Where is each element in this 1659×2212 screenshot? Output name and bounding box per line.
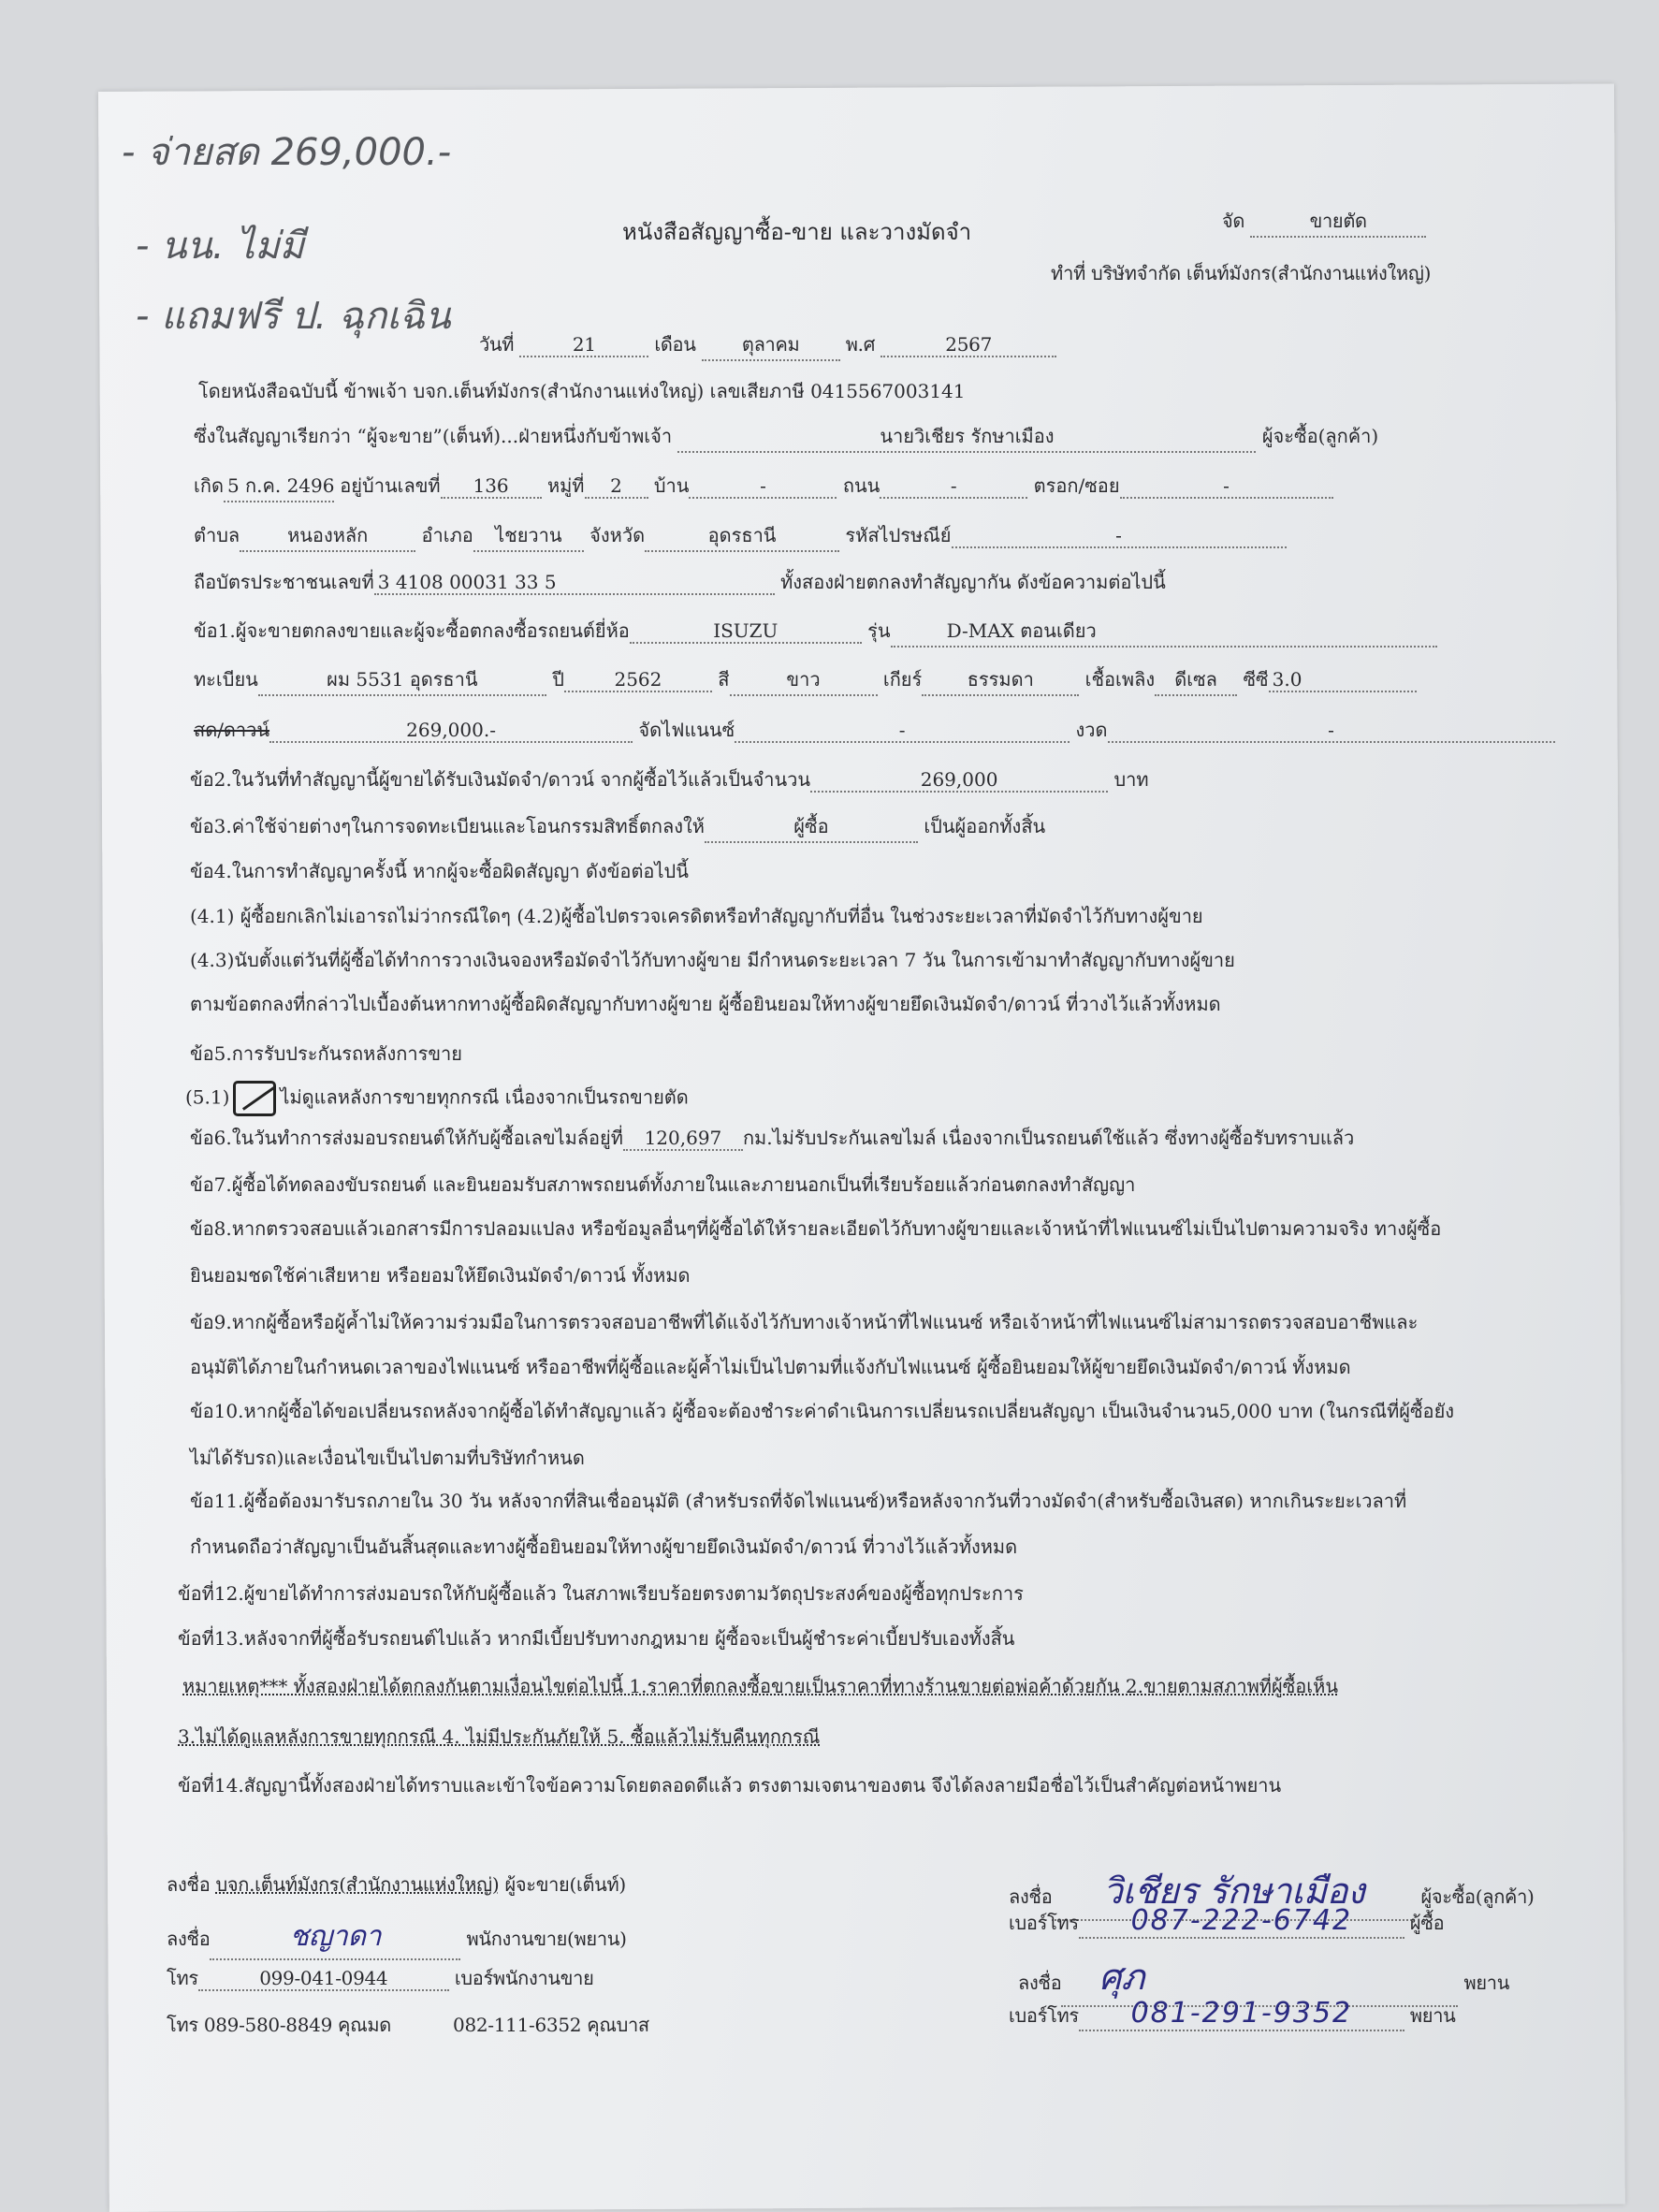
id-label: ถือบัตรประชาชนเลขที่ xyxy=(194,571,374,593)
fuel-label: เชื้อเพลิง xyxy=(1085,668,1155,691)
buyer-phone-value: 087-222-6742 xyxy=(1079,1904,1404,1939)
id-card-line: ถือบัตรประชาชนเลขที่3 4108 00031 33 5 ทั… xyxy=(194,567,1166,597)
staff-sign-label: ลงชื่อ xyxy=(167,1928,210,1950)
finance-label: จัดไฟแนนซ์ xyxy=(638,719,735,741)
clause-5: ข้อ5.การรับประกันรถหลังการขาย xyxy=(190,1039,462,1069)
document-title: หนังสือสัญญาซื้อ-ขาย และวางมัดจำ xyxy=(622,213,971,250)
staff-phone-value: 099-041-0944 xyxy=(198,1967,449,1991)
deposit-amount: 269,000 xyxy=(810,768,1108,793)
clause-2: ข้อ2.ในวันที่ทำสัญญานี้ผู้ขายได้รับเงินม… xyxy=(190,764,1149,794)
fee-payer: ผู้ซื้อ xyxy=(705,811,918,843)
model-label: รุ่น xyxy=(867,619,890,642)
road-label: ถนน xyxy=(843,474,880,497)
clause-13: ข้อที่13.หลังจากที่ผู้ซื้อรับรถยนต์ไปแล้… xyxy=(178,1623,1014,1653)
sale-type-value: ขายตัด xyxy=(1250,206,1426,238)
clause-6-suffix: กม.ไม่รับประกันเลขไมล์ เนื่องจากเป็นรถยน… xyxy=(743,1127,1354,1149)
staff-phone-line: โทร099-041-0944 เบอร์พนักงานขาย xyxy=(167,1963,593,1993)
month-label: เดือน xyxy=(654,333,695,356)
clause-14: ข้อที่14.สัญญานี้ทั้งสองฝ่ายได้ทราบและเข… xyxy=(178,1770,1281,1800)
clause-8: ข้อ8.หากตรวจสอบแล้วเอกสารมีการปลอมแปลง ห… xyxy=(190,1214,1441,1244)
postcode-label: รหัสไปรษณีย์ xyxy=(845,524,951,546)
clause-10-cont: ไม่ได้รับรถ)และเงื่อนไขเป็นไปตามที่บริษั… xyxy=(190,1443,585,1473)
contract-date: วันที่ 21 เดือน ตุลาคม พ.ศ 2567 xyxy=(479,329,1056,361)
clause-9: ข้อ9.หากผู้ซื้อหรือผู้ค้ำไม่ให้ความร่วมม… xyxy=(190,1307,1418,1337)
clause-3: ข้อ3.ค่าใช้จ่ายต่างๆในการจดทะเบียนและโอน… xyxy=(190,811,1045,843)
clause-6-text: ข้อ6.ในวันทำการส่งมอบรถยนต์ให้กับผู้ซื้อ… xyxy=(190,1127,623,1149)
postcode-value: - xyxy=(952,524,1287,548)
clause-12: ข้อที่12.ผู้ขายได้ทำการส่งมอบรถให้กับผู้… xyxy=(178,1579,1024,1608)
clause-3-text: ข้อ3.ค่าใช้จ่ายต่างๆในการจดทะเบียนและโอน… xyxy=(190,815,705,837)
year-label: พ.ศ xyxy=(846,333,875,356)
buyer-phone-label: เบอร์โทร xyxy=(1009,1912,1079,1934)
remark-line-2: 3.ไม่ได้ดูแลหลังการขายทุกกรณี 4. ไม่มีปร… xyxy=(178,1722,820,1752)
month-value: ตุลาคม xyxy=(702,329,840,361)
buyer-role: ผู้จะซื้อ(ลูกค้า) xyxy=(1262,425,1378,447)
no-warranty-checkbox[interactable] xyxy=(233,1081,276,1116)
tambon-label: ตำบล xyxy=(194,524,240,546)
province-value: อุดรธานี xyxy=(645,520,839,552)
witness-phone-role: พยาน xyxy=(1410,2004,1456,2027)
buyer-phone-role: ผู้ซื้อ xyxy=(1410,1912,1444,1934)
village-value: - xyxy=(689,474,837,499)
staff-signature-line: ลงชื่อชญาดา พนักงานขาย(พยาน) xyxy=(167,1914,627,1960)
handwritten-note-free-gift: - แถมฟรี ป. ฉุกเฉิน xyxy=(136,285,451,345)
clause-5-1: (5.1)ไม่ดูแลหลังการขายทุกกรณี เนื่องจากเ… xyxy=(185,1081,689,1116)
cash-value: 269,000.- xyxy=(269,719,633,743)
clause-10: ข้อ10.หากผู้ซื้อได้ขอเปลี่ยนรถหลังจากผู้… xyxy=(190,1396,1454,1426)
house-no-label: อยู่บ้านเลขที่ xyxy=(340,474,440,497)
model-value: D-MAX ตอนเดียว xyxy=(891,616,1437,648)
handwritten-note-payment: - จ่ายสด 269,000.- xyxy=(122,122,451,182)
witness-phone-line: เบอร์โทร081-291-9352 พยาน xyxy=(1009,1997,1456,2031)
soi-value: - xyxy=(1120,474,1333,499)
moo-label: หมู่ที่ xyxy=(547,474,585,497)
currency-label: บาท xyxy=(1113,768,1148,791)
clause-6: ข้อ6.ในวันทำการส่งมอบรถยนต์ให้กับผู้ซื้อ… xyxy=(190,1123,1354,1153)
clause-4-1: (4.1) ผู้ซื้อยกเลิกไม่เอารถไม่ว่ากรณีใดๆ… xyxy=(190,901,1203,931)
seller-signature-line: ลงชื่อ บจก.เต็นท์มังกร(สำนักงานแห่งใหญ่)… xyxy=(167,1870,626,1899)
clause-1: ข้อ1.ผู้จะขายตกลงขายและผู้จะซื้อตกลงซื้อ… xyxy=(194,616,1437,648)
seller-role: ผู้จะขาย(เต็นท์) xyxy=(504,1873,626,1896)
staff-signature: ชญาดา xyxy=(210,1914,460,1960)
clause-2-text: ข้อ2.ในวันที่ทำสัญญานี้ผู้ขายได้รับเงินม… xyxy=(190,768,810,791)
mileage-value: 120,697 xyxy=(623,1127,743,1151)
vehicle-year-value: 2562 xyxy=(564,668,712,692)
id-suffix: ทั้งสองฝ่ายตกลงทำสัญญากัน ดังข้อความต่อไ… xyxy=(780,571,1166,593)
finance-value: - xyxy=(735,719,1070,743)
staff-role: พนักงานขาย(พยาน) xyxy=(466,1928,626,1950)
witness-role: พยาน xyxy=(1463,1972,1509,1994)
clause-3-suffix: เป็นผู้ออกทั้งสิ้น xyxy=(924,815,1045,837)
party-line: ซึ่งในสัญญาเรียกว่า “ผู้จะขาย”(เต็นท์)..… xyxy=(194,421,1378,453)
house-no-value: 136 xyxy=(441,474,542,499)
witness-sign-label: ลงชื่อ xyxy=(1018,1972,1061,1994)
payment-details: สด/ดาวน์269,000.- จัดไฟแนนซ์- งวด- xyxy=(194,715,1555,745)
soi-label: ตรอก/ซอย xyxy=(1034,474,1120,497)
year-value: 2567 xyxy=(880,333,1056,357)
fuel-value: ดีเซล xyxy=(1155,664,1237,696)
color-value: ขาว xyxy=(730,664,878,696)
installment-value: - xyxy=(1108,719,1555,743)
village-label: บ้าน xyxy=(654,474,690,497)
gear-label: เกียร์ xyxy=(883,668,922,691)
clause-7: ข้อ7.ผู้ซื้อได้ทดลองขับรถยนต์ และยินยอมร… xyxy=(190,1170,1135,1200)
installment-label: งวด xyxy=(1076,719,1108,741)
road-value: - xyxy=(880,474,1027,499)
clause-11-cont: กำหนดถือว่าสัญญาเป็นอันสิ้นสุดและทางผู้ซ… xyxy=(190,1532,1017,1562)
vehicle-year-label: ปี xyxy=(552,668,564,691)
province-label: จังหวัด xyxy=(589,524,645,546)
sale-type-label: จัด xyxy=(1222,210,1244,232)
amphoe-label: อำเภอ xyxy=(422,524,473,546)
cc-label: ซีซี xyxy=(1243,668,1268,691)
witness-phone-value: 081-291-9352 xyxy=(1079,1997,1404,2031)
color-label: สี xyxy=(718,668,729,691)
intro-line: โดยหนังสือฉบับนี้ ข้าพเจ้า บจก.เต็นท์มัง… xyxy=(198,376,966,406)
contact-1: โทร 089-580-8849 คุณมด xyxy=(167,2014,391,2036)
id-value: 3 4108 00031 33 5 xyxy=(374,571,775,595)
staff-phone-label: โทร xyxy=(167,1967,198,1989)
amphoe-value: ไชยวาน xyxy=(473,520,584,552)
contact-line: โทร 089-580-8849 คุณมด 082-111-6352 คุณบ… xyxy=(167,2010,649,2040)
witness-phone-label: เบอร์โทร xyxy=(1009,2004,1079,2027)
remark-line-1: หมายเหตุ*** ทั้งสองฝ่ายได้ตกลงกันตามเงื่… xyxy=(182,1671,1338,1701)
staff-phone-role: เบอร์พนักงานขาย xyxy=(455,1967,594,1989)
clause-11: ข้อ11.ผู้ซื้อต้องมารับรถภายใน 30 วัน หลั… xyxy=(190,1486,1406,1516)
sale-type: จัด ขายตัด xyxy=(1222,206,1426,238)
handwritten-note-weight: - นน. ไม่มี xyxy=(136,215,304,275)
plate-value: ผม 5531 อุดรธานี xyxy=(258,664,546,696)
seller-sign-label: ลงชื่อ xyxy=(167,1873,210,1896)
clause-9-cont: อนุมัติได้ภายในกำหนดเวลาของไฟแนนซ์ หรืออ… xyxy=(190,1352,1351,1382)
clause-4: ข้อ4.ในการทำสัญญาครั้งนี้ หากผู้จะซื้อผิ… xyxy=(190,856,689,886)
address-line-2: ตำบลหนองหลัก อำเภอไชยวาน จังหวัดอุดรธานี… xyxy=(194,520,1287,552)
seller-name: บจก.เต็นท์มังกร(สำนักงานแห่งใหญ่) xyxy=(215,1873,499,1896)
birth-label: เกิด xyxy=(194,474,224,497)
buyer-phone-line: เบอร์โทร087-222-6742 ผู้ซื้อ xyxy=(1009,1904,1444,1939)
address-line-1: เกิด5 ก.ค. 2496 อยู่บ้านเลขที่136 หมู่ที… xyxy=(194,471,1333,502)
made-at: ทำที่ บริษัทจำกัด เต็นท์มังกร(สำนักงานแห… xyxy=(1051,258,1431,288)
tambon-value: หนองหลัก xyxy=(240,520,415,552)
cc-value: 3.0 xyxy=(1269,668,1417,692)
clause-1-label: ข้อ1.ผู้จะขายตกลงขายและผู้จะซื้อตกลงซื้อ… xyxy=(194,619,630,642)
clause-4-3: (4.3)นับตั้งแต่วันที่ผู้ซื้อได้ทำการวางเ… xyxy=(190,945,1235,975)
day-value: 21 xyxy=(519,333,648,357)
party-prefix: ซึ่งในสัญญาเรียกว่า “ผู้จะขาย”(เต็นท์)..… xyxy=(194,425,672,447)
gear-value: ธรรมดา xyxy=(922,664,1079,696)
clause-5-1-text: ไม่ดูแลหลังการขายทุกกรณี เนื่องจากเป็นรถ… xyxy=(280,1086,688,1109)
vehicle-details: ทะเบียนผม 5531 อุดรธานี ปี2562 สีขาว เกี… xyxy=(194,664,1417,696)
moo-value: 2 xyxy=(585,474,648,499)
clause-4-3-cont: ตามข้อตกลงที่กล่าวไปเบื้องต้นหากทางผู้ซื… xyxy=(190,989,1221,1019)
buyer-name: นายวิเชียร รักษาเมือง xyxy=(677,421,1256,453)
brand-value: ISUZU xyxy=(630,619,862,644)
cash-label: สด/ดาวน์ xyxy=(194,719,269,741)
contact-2: 082-111-6352 คุณบาส xyxy=(453,2014,649,2036)
clause-8-cont: ยินยอมชดใช้ค่าเสียหาย หรือยอมให้ยึดเงินม… xyxy=(190,1260,691,1290)
birth-value: 5 ก.ค. 2496 xyxy=(224,471,334,502)
clause-5-1-label: (5.1) xyxy=(185,1086,229,1109)
plate-label: ทะเบียน xyxy=(194,668,258,691)
day-label: วันที่ xyxy=(479,333,514,356)
